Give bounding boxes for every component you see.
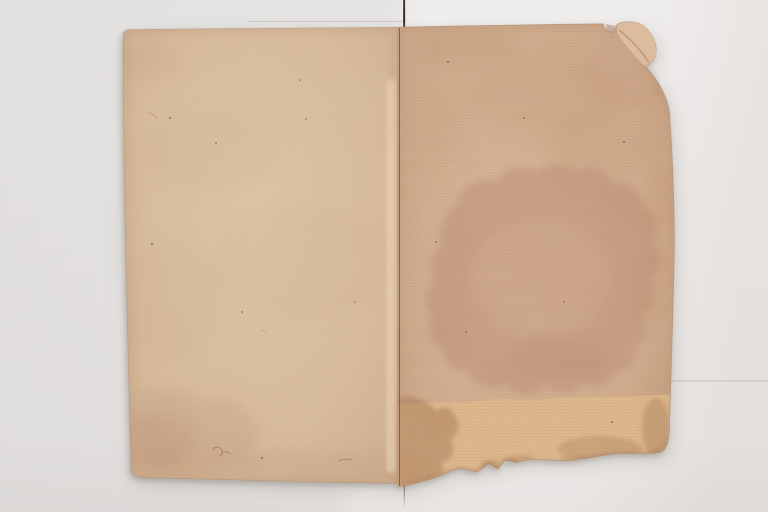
speck (465, 331, 467, 333)
speck (305, 118, 307, 120)
speck (611, 421, 613, 423)
wire-top-segment (403, 0, 405, 30)
laid-paper-lines (398, 24, 676, 489)
speck (215, 142, 217, 144)
speck (447, 61, 449, 63)
paper-surface-detail (110, 16, 685, 500)
speck (354, 301, 356, 303)
speck (563, 301, 565, 303)
book-cover-paper (110, 16, 685, 500)
speck (523, 117, 525, 119)
speck (169, 117, 171, 119)
speck (435, 241, 437, 243)
speck (241, 311, 243, 313)
speck (261, 457, 263, 459)
photograph-aged-book-cover (0, 0, 768, 512)
speck (623, 141, 625, 143)
spine-ridge-highlight (386, 80, 396, 472)
speck (151, 243, 153, 245)
speck (299, 79, 301, 81)
photo-canvas (0, 0, 768, 512)
